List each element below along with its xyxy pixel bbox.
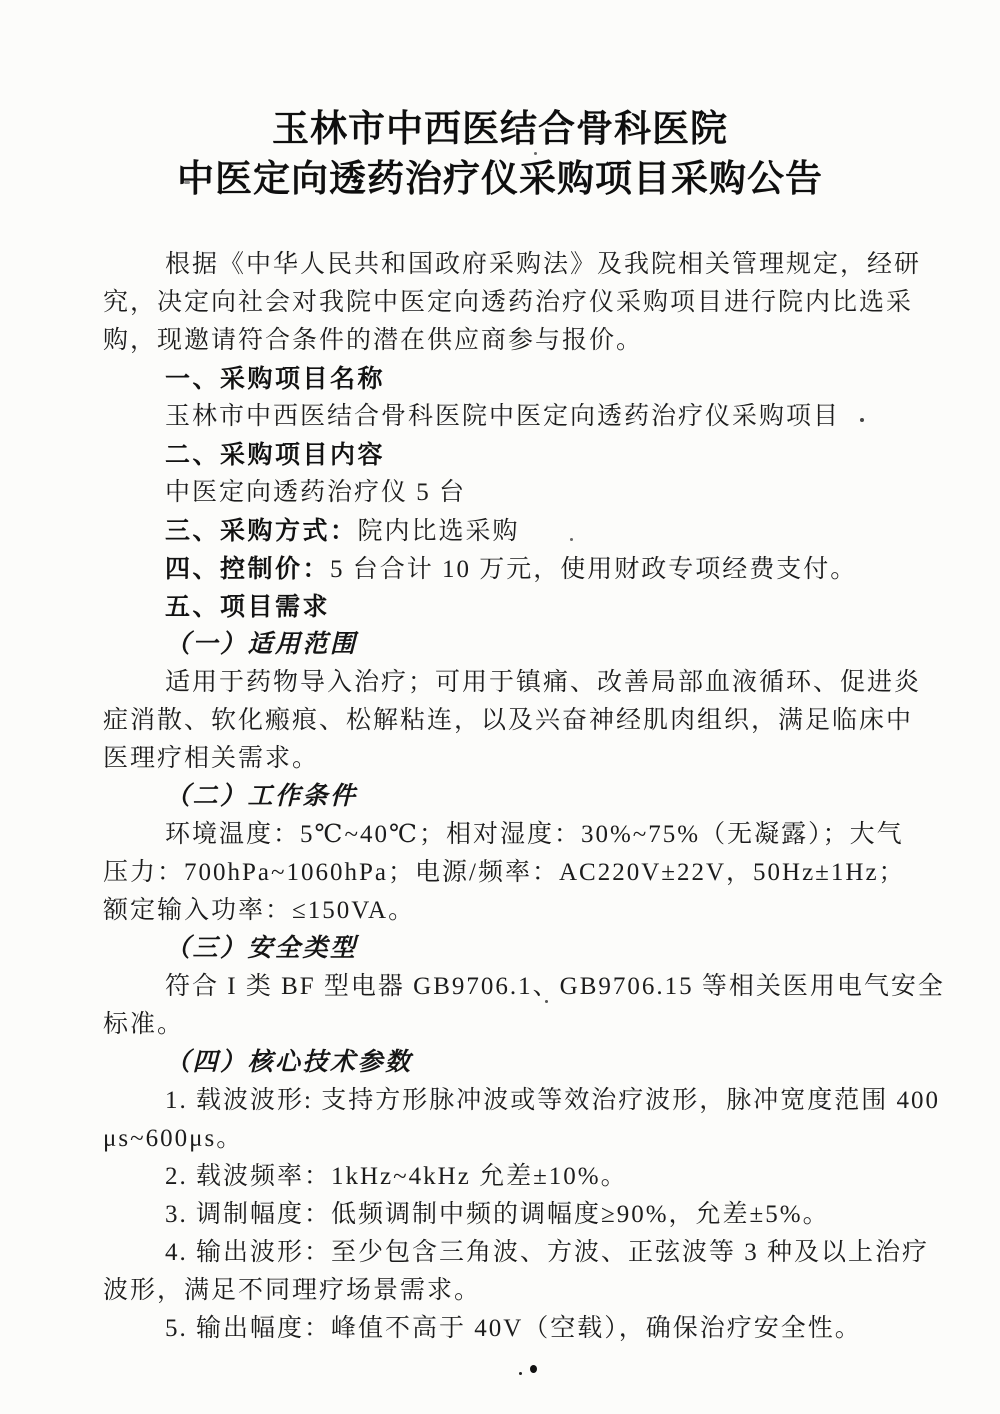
text-line: 2. 载波频率：1kHz~4kHz 允差±10%。 [103,1158,918,1196]
text-line: 波形，满足不同理疗场景需求。 [103,1272,918,1310]
text-run: 玉林市中西医结合骨科医院中医定向透药治疗仪采购项目 [165,403,840,430]
text-run: 4. 输出波形：至少包含三角波、方波、正弦波等 3 种及以上治疗 [165,1239,929,1266]
document-title-line-1: 玉林市中西医结合骨科医院 [0,105,1000,155]
scanned-document-page: 玉林市中西医结合骨科医院 中医定向透药治疗仪采购项目采购公告 根据《中华人民共和… [0,0,1000,1414]
text-run: 医理疗相关需求。 [103,745,319,772]
section-heading-run: （三）安全类型 [165,935,358,962]
text-line: 三、采购方式：院内比选采购 [103,512,918,550]
text-run: 中医定向透药治疗仪 5 台 [165,479,466,506]
text-run: μs~600μs。 [103,1125,243,1152]
text-run: 适用于药物导入治疗；可用于镇痛、改善局部血液循环、促进炎 [165,669,921,696]
scan-speck [184,181,190,184]
scan-speck [545,1000,548,1003]
text-line: 符合 I 类 BF 型电器 GB9706.1、GB9706.15 等相关医用电气… [103,968,918,1006]
text-run: 标准。 [103,1011,184,1038]
text-run: 购，现邀请符合条件的潜在供应商参与报价。 [103,327,643,354]
scan-speck [570,538,573,541]
text-line: 标准。 [103,1006,918,1044]
text-run: 根据《中华人民共和国政府采购法》及我院相关管理规定，经研 [165,251,921,278]
text-line: 玉林市中西医结合骨科医院中医定向透药治疗仪采购项目 [103,398,918,436]
text-run: 2. 载波频率：1kHz~4kHz 允差±10%。 [165,1163,628,1190]
section-heading-run: （四）核心技术参数 [165,1049,413,1076]
text-line: 5. 输出幅度：峰值不高于 40V（空载），确保治疗安全性。 [103,1310,918,1348]
text-run: 5. 输出幅度：峰值不高于 40V（空载），确保治疗安全性。 [165,1315,862,1342]
scan-speck [530,1365,537,1373]
text-line: 适用于药物导入治疗；可用于镇痛、改善局部血液循环、促进炎 [103,664,918,702]
text-line: 1. 载波波形: 支持方形脉冲波或等效治疗波形，脉冲宽度范围 400 [103,1082,918,1120]
text-line: （三）安全类型 [103,930,918,968]
text-run: 究，决定向社会对我院中医定向透药治疗仪采购项目进行院内比选采 [103,289,913,316]
text-line: 一、采购项目名称 [103,360,918,398]
text-run: 波形，满足不同理疗场景需求。 [103,1277,481,1304]
text-line: （二）工作条件 [103,778,918,816]
section-heading-run: （二）工作条件 [165,783,358,810]
text-line: 压力：700hPa~1060hPa；电源/频率：AC220V±22V，50Hz±… [103,854,918,892]
scan-speck [860,418,864,422]
scan-speck [534,152,537,155]
section-heading-run: 一、采购项目名称 [165,365,385,393]
text-run: 5 台合计 10 万元，使用财政专项经费支付。 [330,556,857,583]
text-line: 4. 输出波形：至少包含三角波、方波、正弦波等 3 种及以上治疗 [103,1234,918,1272]
text-line: 医理疗相关需求。 [103,740,918,778]
text-run: 额定输入功率：≤150VA。 [103,897,415,924]
section-heading-run: （一）适用范围 [165,631,358,658]
text-run: 符合 I 类 BF 型电器 GB9706.1、GB9706.15 等相关医用电气… [165,973,945,1000]
text-line: （一）适用范围 [103,626,918,664]
scan-speck [519,1372,522,1375]
section-heading-run: 三、采购方式： [165,517,358,545]
text-run: 环境温度：5℃~40℃；相对湿度：30%~75%（无凝露）；大气 [165,821,904,848]
section-heading-run: 四、控制价： [165,555,330,583]
text-line: 购，现邀请符合条件的潜在供应商参与报价。 [103,322,918,360]
document-title-line-2: 中医定向透药治疗仪采购项目采购公告 [0,155,1000,205]
document-title: 玉林市中西医结合骨科医院 中医定向透药治疗仪采购项目采购公告 [0,105,1000,205]
text-run: 3. 调制幅度：低频调制中频的调幅度≥90%，允差±5%。 [165,1201,830,1228]
text-run: 院内比选采购 [358,518,520,545]
section-heading-run: 二、采购项目内容 [165,441,385,469]
text-line: μs~600μs。 [103,1120,918,1158]
text-line: 3. 调制幅度：低频调制中频的调幅度≥90%，允差±5%。 [103,1196,918,1234]
text-line: 根据《中华人民共和国政府采购法》及我院相关管理规定，经研 [103,246,918,284]
text-line: 五、项目需求 [103,588,918,626]
text-line: 中医定向透药治疗仪 5 台 [103,474,918,512]
text-line: 究，决定向社会对我院中医定向透药治疗仪采购项目进行院内比选采 [103,284,918,322]
text-line: （四）核心技术参数 [103,1044,918,1082]
text-line: 额定输入功率：≤150VA。 [103,892,918,930]
text-run: 1. 载波波形: 支持方形脉冲波或等效治疗波形，脉冲宽度范围 400 [165,1087,940,1114]
section-heading-run: 五、项目需求 [165,593,330,621]
text-line: 四、控制价：5 台合计 10 万元，使用财政专项经费支付。 [103,550,918,588]
text-run: 压力：700hPa~1060hPa；电源/频率：AC220V±22V，50Hz±… [103,859,906,886]
text-run: 症消散、软化瘢痕、松解粘连，以及兴奋神经肌肉组织，满足临床中 [103,707,913,734]
text-line: 症消散、软化瘢痕、松解粘连，以及兴奋神经肌肉组织，满足临床中 [103,702,918,740]
document-body: 根据《中华人民共和国政府采购法》及我院相关管理规定，经研究，决定向社会对我院中医… [103,246,918,1348]
text-line: 环境温度：5℃~40℃；相对湿度：30%~75%（无凝露）；大气 [103,816,918,854]
text-line: 二、采购项目内容 [103,436,918,474]
